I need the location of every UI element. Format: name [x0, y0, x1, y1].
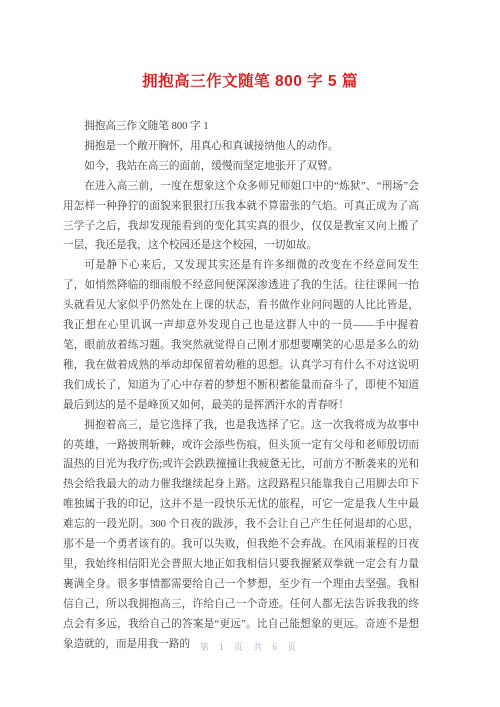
paragraph: 在进入高三前，一度在想象这个众多师兄师姐口中的“炼狱”、“刑场”会用怎样一种狰狞…: [63, 177, 419, 257]
document-title: 拥抱高三作文随笔 800 字 5 篇: [0, 70, 500, 94]
page-number-footer: 第 1 页 共 6 页: [0, 640, 500, 654]
document-page: 拥抱高三作文随笔 800 字 5 篇 拥抱高三作文随笔 800 字 1拥抱是一个…: [0, 0, 500, 707]
paragraph: 可是静下心来后，又发现其实还是有许多细微的改变在不经意间发生了，如悄然降临的细雨…: [63, 256, 419, 415]
document-body: 拥抱高三作文随笔 800 字 1拥抱是一个敞开胸怀，用真心和真诚接纳他人的动作。…: [63, 117, 419, 654]
paragraph: 如今，我站在高三的面前，缓慢而坚定地张开了双臂。: [63, 157, 419, 177]
paragraph: 拥抱是一个敞开胸怀，用真心和真诚接纳他人的动作。: [63, 137, 419, 157]
paragraph: 拥抱着高三，是它选择了我，也是我选择了它。这一次我将成为故事中的英雄，一路披荆斩…: [63, 416, 419, 655]
paragraph: 拥抱高三作文随笔 800 字 1: [63, 117, 419, 137]
